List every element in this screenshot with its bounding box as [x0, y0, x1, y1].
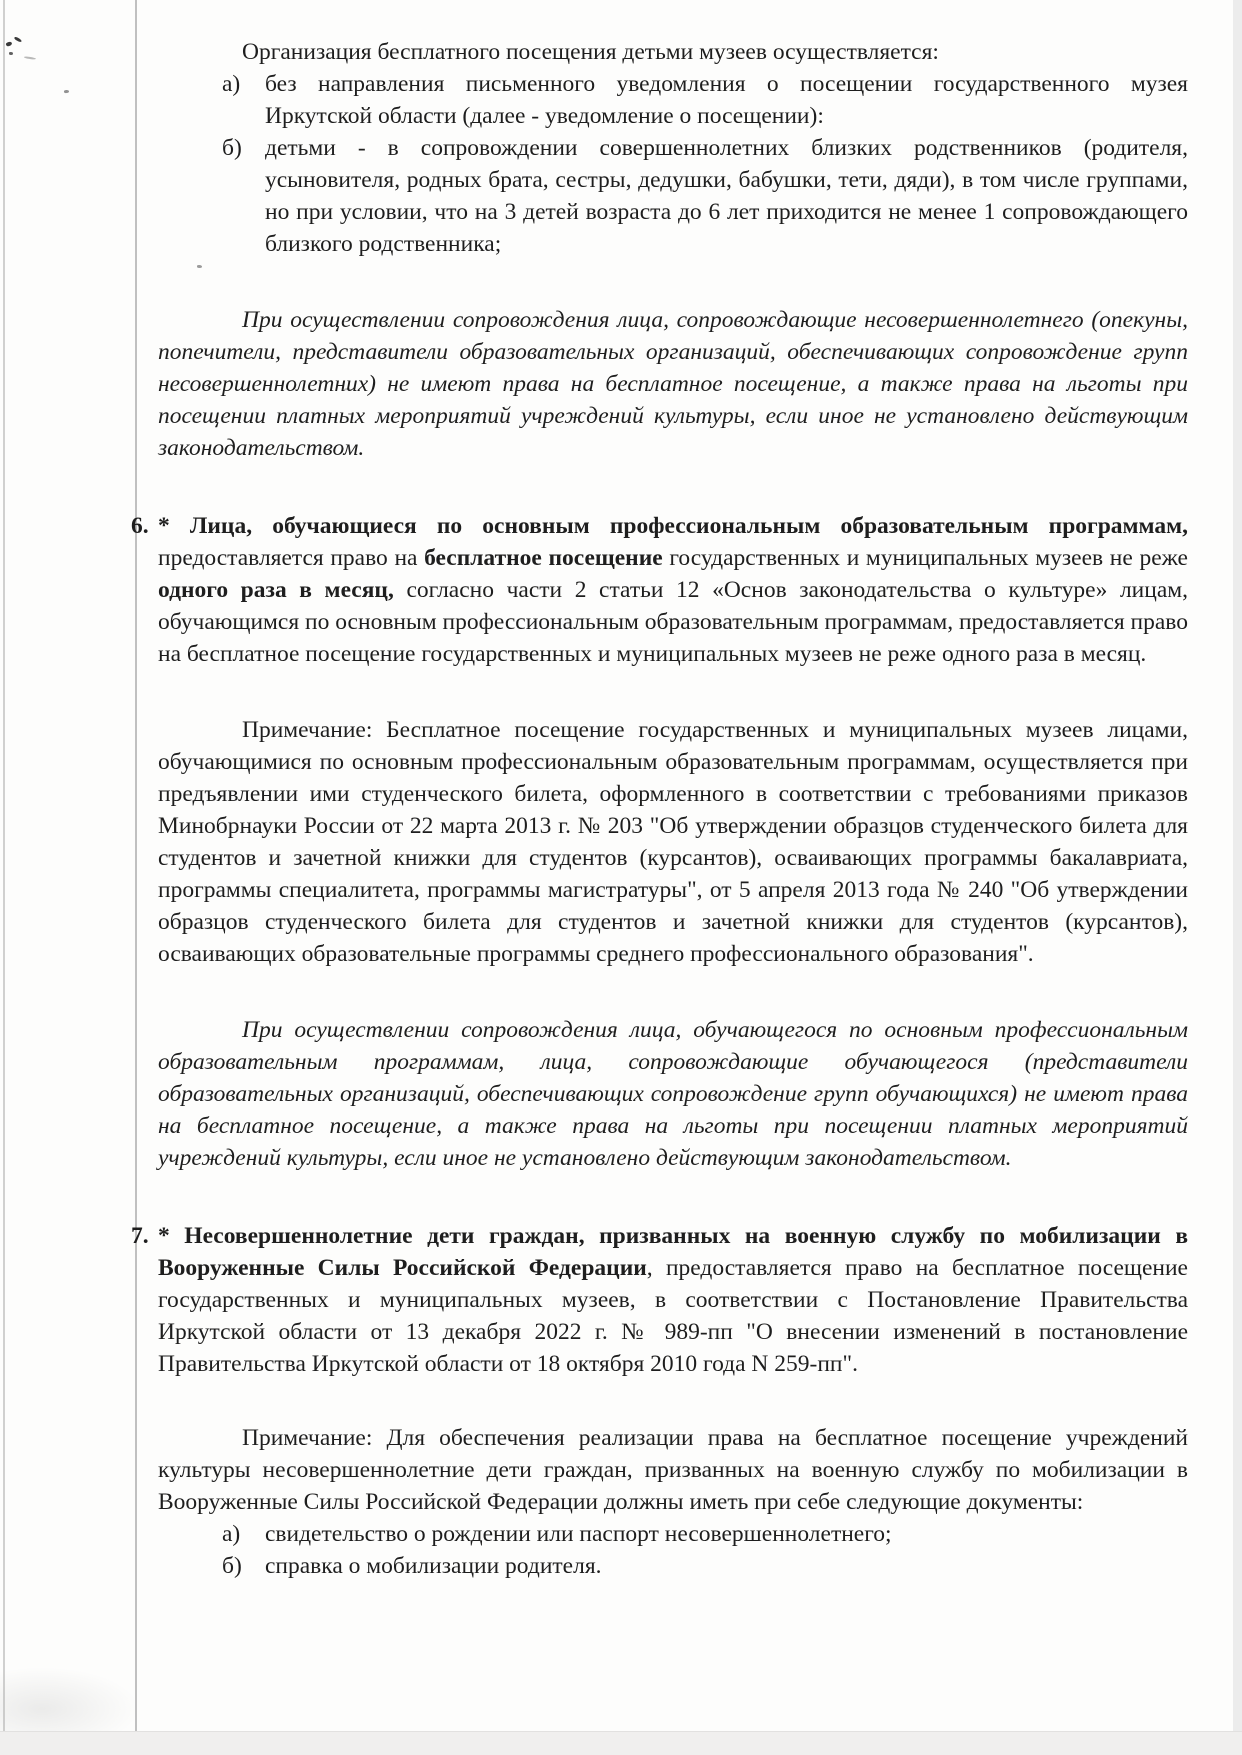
- text-run: предоставляется право на: [158, 545, 424, 571]
- ink-speck: [14, 36, 22, 42]
- text-run: Примечание: Бесплатное посещение государ…: [158, 717, 1188, 967]
- text-run: бесплатное посещение: [424, 545, 663, 571]
- note-students: Примечание: Бесплатное посещение государ…: [158, 714, 1188, 970]
- text-run: свидетельство о рождении или паспорт нес…: [265, 1521, 892, 1547]
- scan-right-edge-shadow: [1233, 0, 1242, 1755]
- text-run: Примечание: Для обеспечения реализации п…: [158, 1425, 1188, 1515]
- scanned-document-page: Организация бесплатного посещения детьми…: [0, 0, 1242, 1755]
- list-marker: б): [222, 1550, 242, 1582]
- text-run: При осуществлении сопровождения лица, со…: [158, 307, 1188, 461]
- text-run: справка о мобилизации родителя.: [265, 1553, 602, 1579]
- escort-note-students: При осуществлении сопровождения лица, об…: [158, 1014, 1188, 1174]
- list-marker: б): [222, 132, 242, 164]
- margin-rule-line: [135, 0, 137, 1733]
- text-run: *: [158, 1223, 184, 1249]
- section-6: 6.* Лица, обучающиеся по основным профес…: [158, 510, 1188, 670]
- list-marker: 7.: [131, 1220, 149, 1252]
- list-item-b1: б)детьми - в сопровождении совершеннолет…: [158, 132, 1188, 260]
- note-mobilized: Примечание: Для обеспечения реализации п…: [158, 1422, 1188, 1518]
- list-marker: а): [222, 1518, 240, 1550]
- scan-left-edge-line: [3, 0, 5, 1755]
- section-7: 7.* Несовершеннолетние дети граждан, при…: [158, 1220, 1188, 1380]
- text-run: без направления письменного уведомления …: [265, 71, 1188, 129]
- text-run: государственных и муниципальных музеев н…: [663, 545, 1188, 571]
- ink-speck: [9, 52, 13, 55]
- list-item-a2: а)свидетельство о рождении или паспорт н…: [158, 1518, 1188, 1550]
- intro-paragraph: Организация бесплатного посещения детьми…: [158, 36, 1188, 68]
- escort-note-children: При осуществлении сопровождения лица, со…: [158, 304, 1188, 464]
- text-run: *: [158, 513, 190, 539]
- list-item-b2: б)справка о мобилизации родителя.: [158, 1550, 1188, 1582]
- list-item-a1: а)без направления письменного уведомлени…: [158, 68, 1188, 132]
- list-marker: а): [222, 68, 240, 100]
- text-run: Организация бесплатного посещения детьми…: [242, 39, 939, 65]
- text-run: одного раза в месяц,: [158, 577, 394, 603]
- ink-speck: [5, 41, 12, 47]
- text-run: Лица, обучающиеся по основным профессион…: [190, 513, 1188, 539]
- ink-speck: [24, 56, 36, 60]
- scan-corner-smudge: [0, 1667, 140, 1737]
- text-run: детьми - в сопровождении совершеннолетни…: [265, 135, 1188, 257]
- ink-speck: [64, 90, 69, 94]
- scan-bottom-edge: [0, 1731, 1242, 1755]
- document-text-body: Организация бесплатного посещения детьми…: [158, 36, 1188, 1582]
- text-run: При осуществлении сопровождения лица, об…: [158, 1017, 1188, 1171]
- list-marker: 6.: [131, 510, 149, 542]
